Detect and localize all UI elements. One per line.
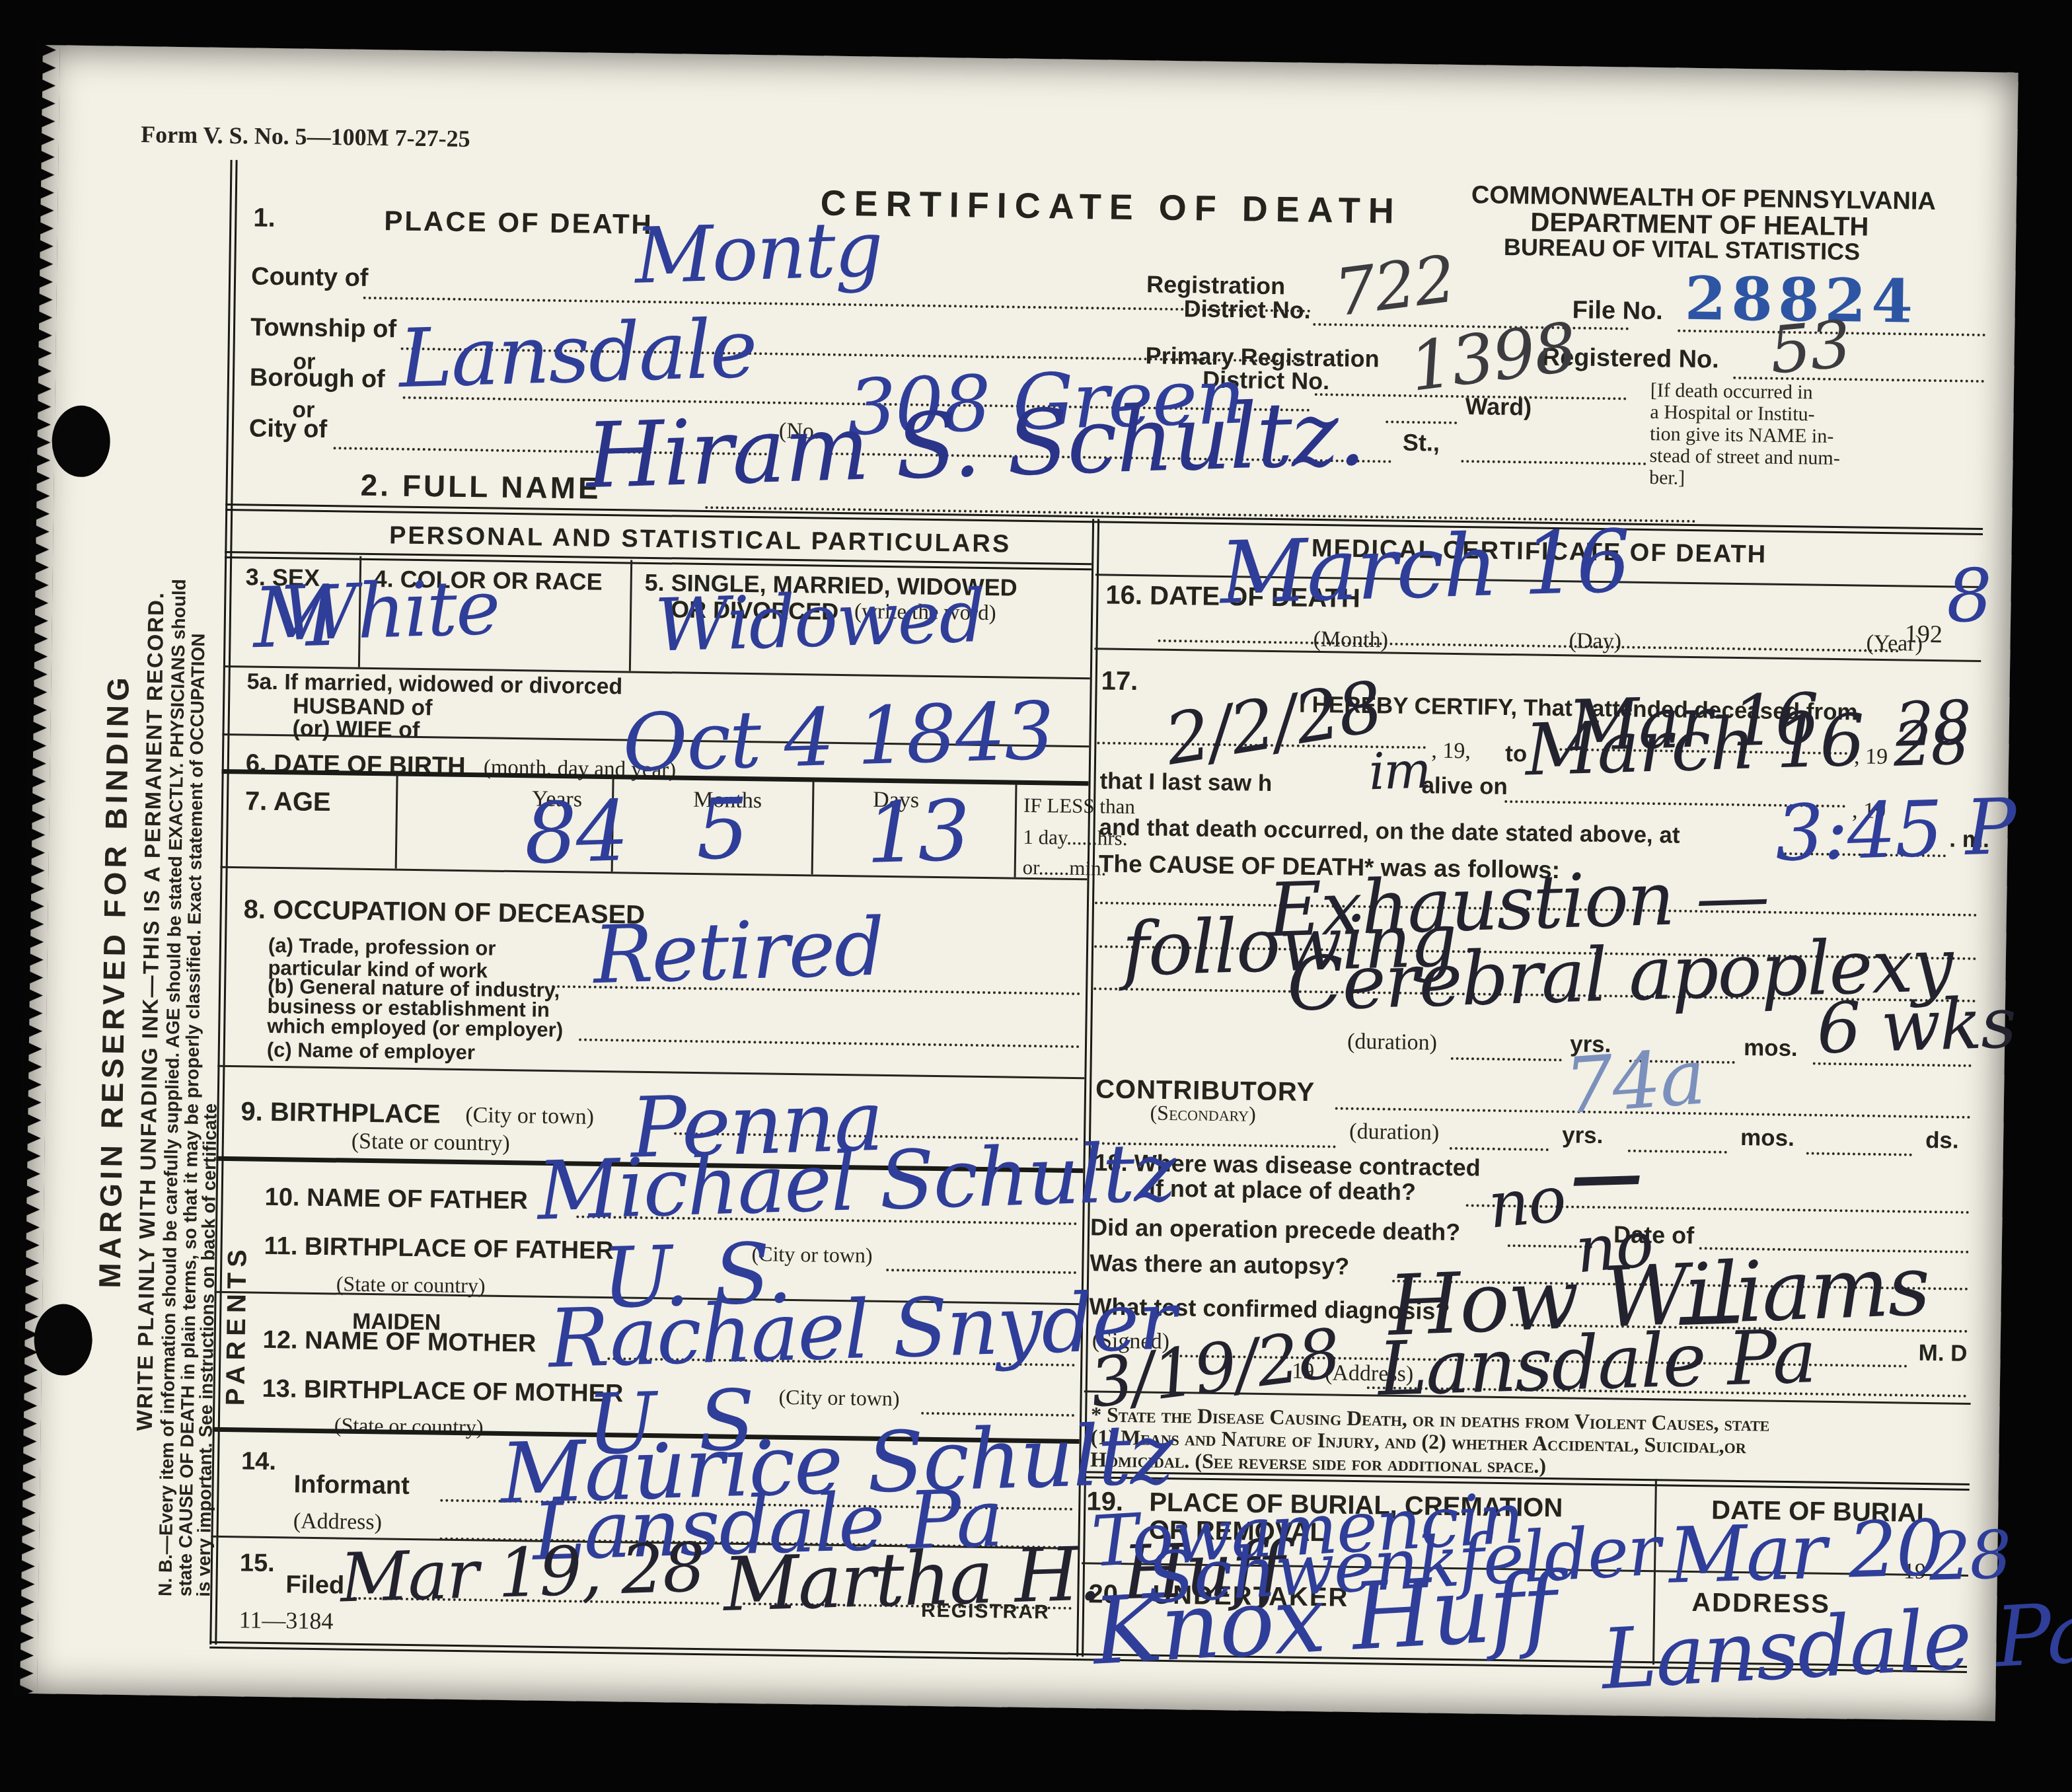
age-years-value: 84 (523, 790, 629, 876)
undertaker-value: Knox Huff (1091, 1561, 1558, 1679)
age-months-value: 5 (695, 787, 749, 872)
hospital-note-4: stead of street and num- (1649, 445, 1840, 470)
duration2-label: (duration) (1349, 1119, 1439, 1146)
certificate-title: CERTIFICATE OF DEATH (820, 182, 1402, 231)
not-at-place-label: if not at place of death? (1149, 1175, 1417, 1207)
duration1-value: 6 wks (1816, 988, 2016, 1064)
burial-year-value: 28 (1928, 1522, 2011, 1590)
age-divider-4 (1014, 784, 1017, 877)
parents-vertical-label: PARENTS (221, 1244, 252, 1406)
dob-value: Oct 4 1843 (622, 692, 1054, 784)
hospital-note-5: ber.] (1649, 467, 1685, 490)
time-of-death-value: 3:45 P (1774, 789, 2016, 873)
certificate-paper: MARGIN RESERVED FOR BINDING WRITE PLAINL… (20, 45, 2018, 1721)
secondary-label: (Secondary) (1150, 1101, 1256, 1127)
duration2-line-d (1806, 1152, 1912, 1156)
scan-background: { "margin": { "binding": "MARGIN RESERVE… (0, 0, 2072, 1792)
filed-label: Filed (285, 1571, 344, 1600)
mother-name-value: Rachael Snyder (547, 1280, 1176, 1379)
year-written: 8 (1945, 559, 1992, 633)
alive-year-value: 28 (1892, 712, 1969, 775)
date-of-death-value: March 16 (1218, 518, 1631, 616)
borough-value: Lansdale (398, 308, 757, 399)
registration-district-value: 722 (1331, 247, 1458, 326)
city-label: City of (249, 414, 328, 444)
occupation-b3: which employed (or employer) (267, 1014, 563, 1042)
contributory-code-value: 74a (1562, 1039, 1707, 1125)
ward-line-a (1461, 460, 1646, 465)
s5a-label-3: (or) WIFE of (292, 716, 420, 743)
county-label: County of (251, 262, 369, 292)
mos1-label: mos. (1744, 1035, 1798, 1062)
mother-bp-label-3: (State or country) (334, 1413, 484, 1439)
informant-address-label: (Address) (293, 1509, 383, 1536)
punch-hole-top (52, 405, 110, 477)
occupation-b-line (579, 1038, 1080, 1048)
him-written: im (1368, 745, 1431, 797)
mos2-label: mos. (1740, 1125, 1794, 1152)
occupation-value: Retired (592, 908, 885, 996)
fullname-value: Hiram S. Schultz. (585, 389, 1366, 502)
township-label: Township of (250, 313, 397, 344)
mother-name-label: 12. NAME OF MOTHER (262, 1326, 536, 1359)
marital-value: Widowed (653, 579, 985, 662)
year-header: (Year) (1866, 631, 1923, 657)
informant-label: Informant (293, 1471, 410, 1501)
section1-number: 1. (253, 203, 276, 233)
mother-bp-label-2: (City or town) (778, 1385, 900, 1411)
occupation-label: 8. OCCUPATION OF DECEASED (243, 895, 645, 930)
county-value: Montg (634, 211, 883, 295)
death-occurred-text: and that death occurred, on the date sta… (1099, 814, 1680, 848)
alive-value: March 16 (1524, 705, 1865, 786)
duration1-line-a (1451, 1057, 1562, 1061)
occupation-c: (c) Name of employer (267, 1038, 476, 1064)
alive-on-text: alive on (1421, 772, 1508, 800)
ward-line-b (1386, 420, 1457, 424)
operation-value: no (1486, 1167, 1568, 1237)
day-header: (Day) (1569, 628, 1621, 654)
fullname-label: 2. FULL NAME (360, 467, 601, 506)
filed-number: 15. (240, 1549, 275, 1578)
section17-number: 17. (1101, 666, 1138, 696)
father-name-value: Michael Schultz (536, 1132, 1176, 1232)
age-label: 7. AGE (245, 786, 331, 817)
st-label: St., (1403, 429, 1440, 457)
duration2-line-c (1628, 1150, 1727, 1154)
hospital-note-3: tion give its NAME in- (1650, 423, 1834, 448)
duration1-label: (duration) (1347, 1029, 1437, 1056)
month-header: (Month) (1313, 627, 1388, 653)
age-divider-1 (395, 775, 398, 869)
filed-date-value: Mar 19, 28 (339, 1534, 705, 1612)
registered-no-value: 53 (1767, 312, 1853, 384)
perforated-edge (13, 41, 60, 1699)
father-name-label: 10. NAME OF FATHER (264, 1183, 528, 1216)
hospital-note-2: a Hospital or Institu- (1650, 401, 1815, 426)
father-bp-line (886, 1269, 1076, 1274)
punch-hole-bottom (34, 1304, 92, 1376)
age-days-value: 13 (865, 789, 971, 876)
md-label: M. D (1918, 1340, 1967, 1367)
form-left-border (209, 160, 237, 1645)
birthplace-label: 9. BIRTHPLACE (240, 1097, 441, 1129)
undertaker-address-value: Lansdale Pa (1599, 1591, 2072, 1702)
form-code: 11—3184 (239, 1606, 333, 1635)
file-no-label: File No. (1572, 296, 1663, 326)
primary-district-value: 1398 (1406, 314, 1579, 402)
occupation-bottom-line (217, 1065, 1084, 1079)
borough-label: Borough of (250, 363, 385, 394)
place-of-death-title: PLACE OF DEATH (384, 205, 653, 241)
to-label: to (1505, 741, 1528, 767)
attended-from-value: 2/2/28 (1160, 671, 1386, 775)
from-19-label: , 19, (1431, 738, 1471, 764)
duration2-line-b (1450, 1147, 1549, 1151)
disease-contracted-dash: — (1569, 1138, 1643, 1213)
birthplace-label-2: (City or town) (465, 1103, 594, 1130)
margin-binding-text: MARGIN RESERVED FOR BINDING (92, 673, 136, 1288)
birthplace-label-3: (State or country) (351, 1129, 510, 1156)
race-value: White (279, 570, 500, 652)
informant-number: 14. (241, 1447, 276, 1476)
burial-date-value: Mar 20 (1668, 1510, 1944, 1594)
race-marital-divider (629, 560, 632, 671)
sign-address-value: Lansdale Pa (1377, 1320, 1816, 1407)
age-divider-3 (811, 780, 815, 874)
ds2-label: ds. (1925, 1127, 1959, 1154)
agency-line3: BUREAU OF VITAL STATISTICS (1504, 233, 1861, 266)
form-number: Form V. S. No. 5—100M 7-27-25 (141, 120, 470, 153)
